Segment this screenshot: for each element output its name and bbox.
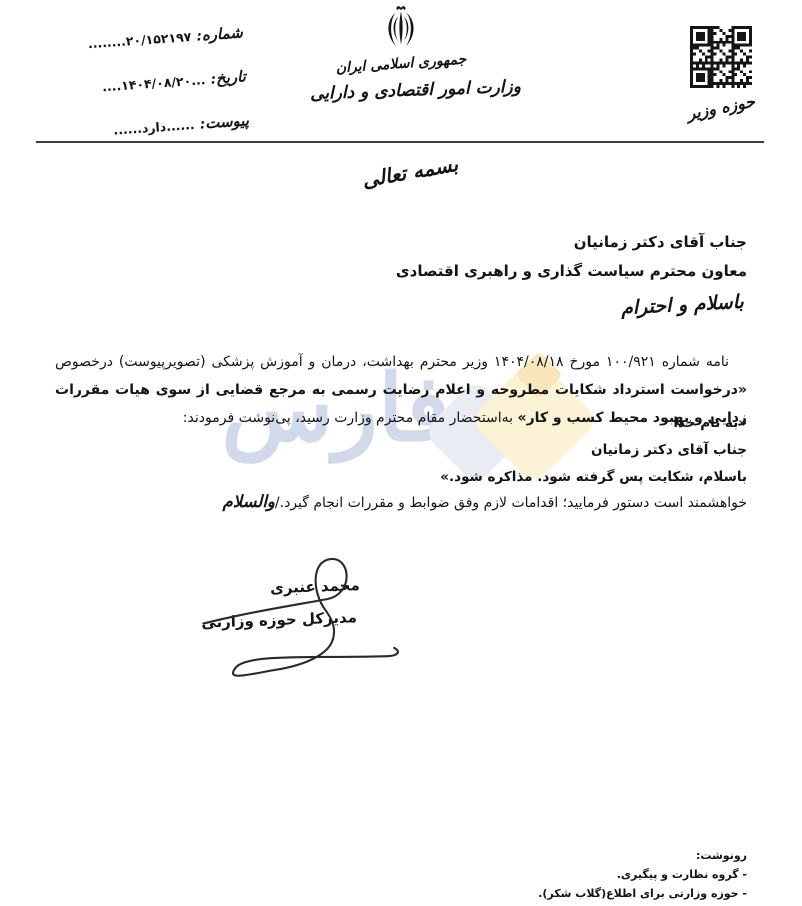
footer-copies: رونوشت: - گروه نظارت و پیگیری. - حوزه وز… xyxy=(538,846,747,903)
letter-number-value: ۲۰/۱۵۲۱۹۷........ xyxy=(87,29,191,51)
org-ministry: وزارت امور اقتصادی و دارایی xyxy=(310,78,493,104)
recipient-title: معاون محترم سیاست گذاری و راهبری اقتصادی xyxy=(396,257,747,286)
copy-line-1: - گروه نظارت و پیگیری. xyxy=(538,865,747,884)
copy-line-2: - حوزه وزارتی برای اطلاع(گلاب شکر). xyxy=(538,884,747,903)
recipient-name: جناب آقای دکتر زمانیان xyxy=(396,228,747,257)
letter-attachment-label: پیوست: xyxy=(199,111,249,132)
iran-emblem-icon xyxy=(376,37,426,56)
qr-code xyxy=(690,26,752,88)
note-line-1: «به نام خدا xyxy=(440,410,747,437)
letter-date-value: ...۱۴۰۴/۰۸/۲۰.... xyxy=(102,72,206,94)
letter-attachment-value: ......دارد...... xyxy=(113,117,195,138)
letter-number-label: شماره: xyxy=(196,23,244,44)
closing-text: خواهشمند است دستور فرمایید؛ اقدامات لازم… xyxy=(275,495,747,511)
recipient-block: جناب آقای دکتر زمانیان معاون محترم سیاست… xyxy=(396,228,747,286)
signature-block: محمد عنبری مدیرکل حوزه وزارتی xyxy=(183,544,427,682)
office-name: حوزه وزیر xyxy=(665,88,777,128)
letter-page: فارس شماره: ۲۰/۱۵۲۱۹۷........ تاریخ: ...… xyxy=(0,0,802,906)
note-line-3: باسلام، شکایت پس گرفته شود. مذاکره شود.» xyxy=(440,464,747,491)
handwritten-greeting: باسلام و احترام xyxy=(621,291,745,319)
signer-name: محمد عنبری xyxy=(270,576,360,597)
body-text-1: نامه شماره ۱۰۰/۹۲۱ مورخ ۱۴۰۴/۰۸/۱۸ وزیر … xyxy=(55,354,729,370)
copy-label: رونوشت: xyxy=(538,846,747,865)
header-divider xyxy=(36,141,764,143)
letterhead-center: جمهوری اسلامی ایران وزارت امور اقتصادی و… xyxy=(310,4,492,101)
letterhead-right: حوزه وزیر xyxy=(666,26,776,117)
closing-handwritten: والسلام xyxy=(223,492,275,511)
closing-line: خواهشمند است دستور فرمایید؛ اقدامات لازم… xyxy=(223,492,747,511)
besmele: بسمه تعالی xyxy=(324,145,496,198)
minister-note: «به نام خدا جناب آقای دکتر زمانیان باسلا… xyxy=(440,410,747,491)
letter-date-label: تاریخ: xyxy=(210,67,247,87)
letterhead-meta: شماره: ۲۰/۱۵۲۱۹۷........ تاریخ: ...۱۴۰۴/… xyxy=(22,10,251,157)
signer-title: مدیرکل حوزه وزارتی xyxy=(201,608,357,631)
note-line-2: جناب آقای دکتر زمانیان xyxy=(440,437,747,464)
